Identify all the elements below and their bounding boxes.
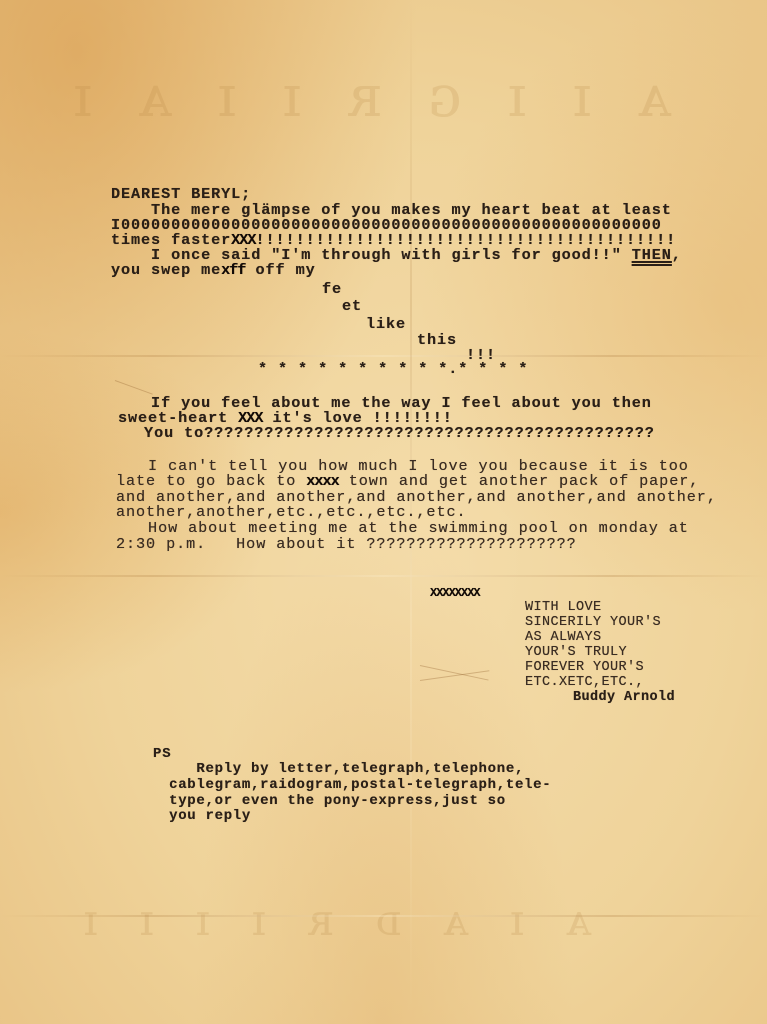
letter-line: another,another,etc.,etc.,etc.,etc.	[116, 504, 467, 520]
staircase-word: et	[342, 298, 362, 314]
staircase-word: fe	[322, 281, 342, 297]
letter-line: late to go back to xxxx town and get ano…	[116, 473, 699, 489]
watermark-bottom: ᴀ ɪ ᴀ ᴅ ʀ ɪ ɪ ɪ ɪ	[70, 895, 591, 946]
staircase-word: this	[417, 332, 457, 348]
ps-line: you reply	[160, 808, 251, 824]
ps-line: type,or even the pony-express,just so	[160, 793, 506, 809]
watermark-top: ᴀ ɪ ɪ ɢ ʀ ɪ ɪ ᴀ ɪ	[60, 62, 671, 130]
closing-line: WITH LOVE	[525, 600, 602, 616]
paper-fold	[0, 355, 767, 357]
struck-closing: XXXXXXXX	[430, 585, 480, 601]
paper-fold	[0, 915, 767, 917]
text-fragment: you swep me	[111, 261, 221, 279]
underlined-word: THEN	[632, 246, 672, 264]
text-fragment: off my	[246, 261, 316, 279]
stars-divider: * * * * * * * * * *.* * * *	[258, 361, 528, 377]
strikeover-text: xff	[221, 261, 245, 279]
text-fragment: ,	[672, 246, 682, 264]
letter-line: 2:30 p.m. How about it ?????????????????…	[116, 536, 577, 552]
closing-line: ETC.XETC,ETC.,	[525, 675, 644, 691]
closing-line: YOUR'S TRULY	[525, 645, 627, 661]
closing-line: FOREVER YOUR'S	[525, 660, 644, 676]
letter-line: How about meeting me at the swimming poo…	[108, 520, 689, 536]
salutation: DEAREST BERYL;	[111, 186, 251, 202]
staircase-word: like	[366, 316, 406, 332]
ps-label: PS	[153, 746, 172, 762]
closing-line: SINCERILY YOUR'S	[525, 615, 661, 631]
paper-crease	[115, 380, 153, 395]
ps-line: Reply by letter,telegraph,telephone,	[160, 761, 524, 777]
letter-line: you swep mexff off my	[111, 262, 316, 278]
paper-fold	[0, 575, 767, 577]
signature: Buddy Arnold	[573, 690, 675, 706]
letter-line: You to??????????????????????????????????…	[104, 425, 655, 441]
closing-line: AS ALWAYS	[525, 630, 602, 646]
letter-paper: ᴀ ɪ ɪ ɢ ʀ ɪ ɪ ᴀ ɪ ᴀ ɪ ᴀ ᴅ ʀ ɪ ɪ ɪ ɪ DEAR…	[0, 0, 767, 1024]
ps-line: cablegram,raidogram,postal-telegraph,tel…	[160, 777, 551, 793]
